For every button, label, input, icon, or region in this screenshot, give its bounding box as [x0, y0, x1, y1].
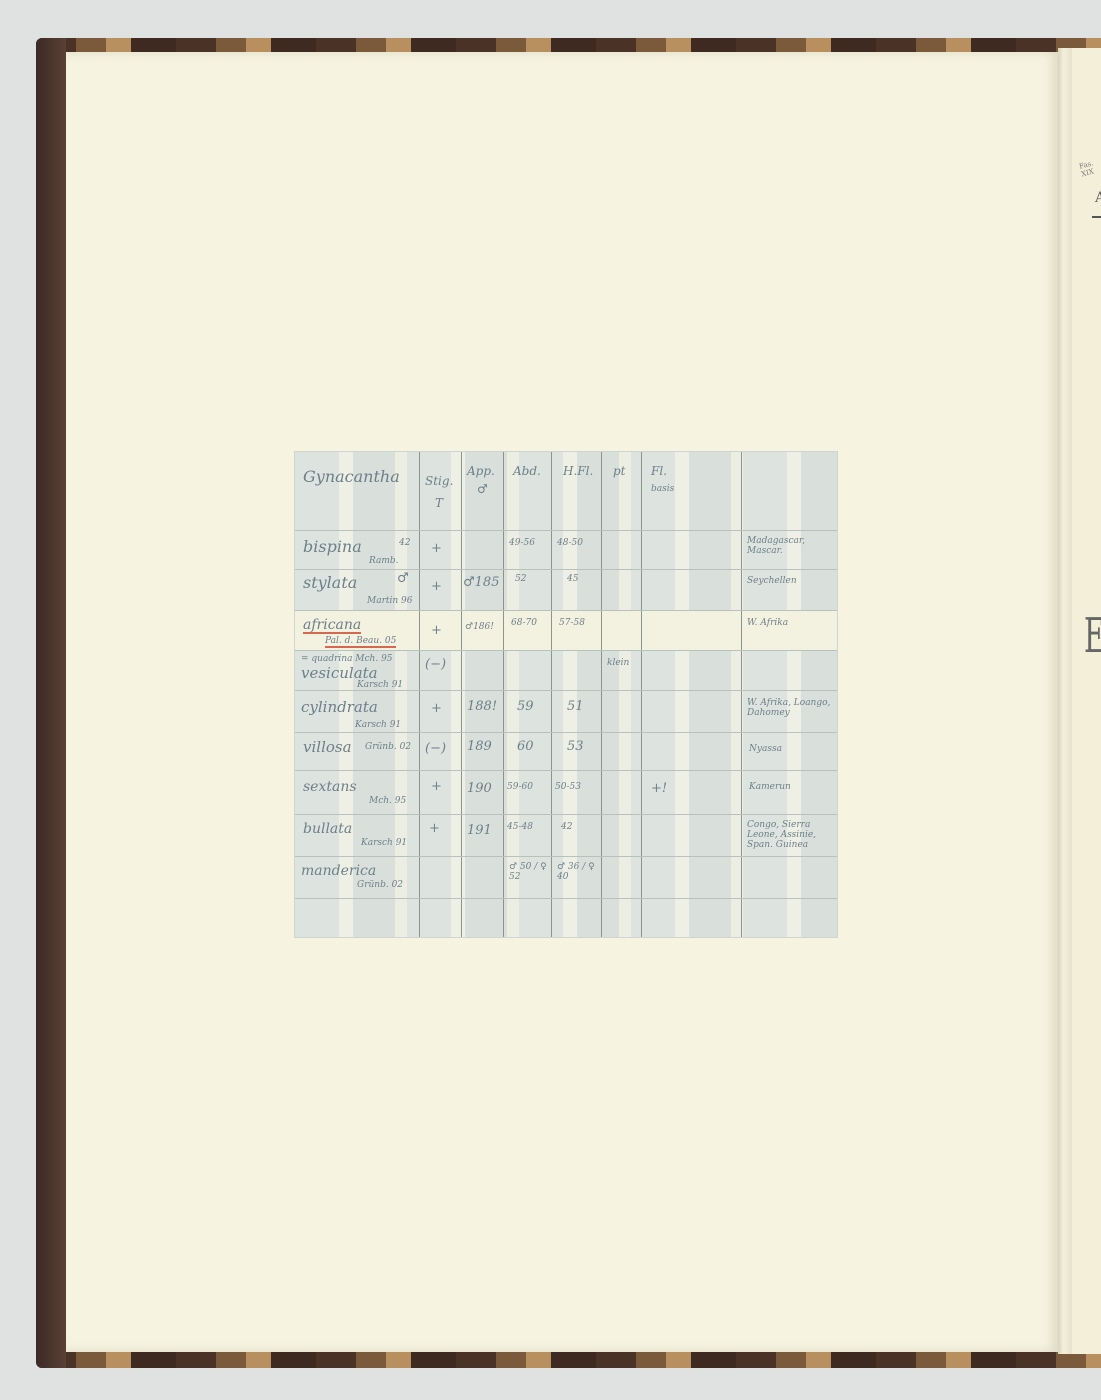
header-stigma-sub: T [435, 496, 443, 510]
locality-value: W. Afrika [747, 618, 788, 628]
species-name: villosa [303, 740, 352, 754]
header-abd: Abd. [513, 464, 541, 478]
column-divider [461, 452, 462, 937]
app-value: ♂186! [465, 622, 494, 632]
species-synonym: = quadrina Mch. 95 [301, 654, 393, 664]
hfl-value: 42 [561, 822, 572, 832]
header-app: App. [467, 464, 495, 478]
row-divider [295, 530, 837, 531]
app-value: 189 [467, 740, 492, 754]
species-name: sextans [303, 780, 357, 794]
species-name: vesiculata [301, 666, 378, 680]
species-author: Martin 96 [367, 596, 413, 606]
column-divider [551, 452, 552, 937]
species-author: Karsch 91 [361, 838, 407, 848]
species-author: Pal. d. Beau. 05 [325, 636, 396, 648]
row-divider [295, 856, 837, 857]
page-gutter [1058, 48, 1072, 1354]
abd-value: 52 [515, 574, 526, 584]
species-sex: ♂ [397, 572, 409, 586]
species-author: Karsch 91 [355, 720, 401, 730]
row-divider [295, 650, 837, 651]
stigma-value: (−) [425, 742, 446, 756]
species-name: cylindrata [301, 700, 378, 714]
heading-letter: A [1095, 190, 1101, 206]
index-card: Gynacantha Stig. T App. ♂ Abd. H.Fl. pt … [294, 451, 838, 938]
species-author: Grünb. 02 [365, 742, 411, 752]
abd-value: 59 [517, 700, 534, 714]
row-divider [295, 814, 837, 815]
locality-value: Congo, Sierra Leone, Assinie, Span. Guin… [747, 820, 833, 850]
app-value: 190 [467, 782, 492, 796]
row-divider [295, 898, 837, 899]
app-value: 188! [467, 700, 497, 714]
abd-value: ♂ 50 / ♀ 52 [509, 862, 549, 882]
pt-value: klein [607, 658, 629, 668]
hfl-value: 45 [567, 574, 578, 584]
abd-value: 60 [517, 740, 534, 754]
header-stigma: Stig. [425, 474, 453, 488]
species-name: manderica [301, 864, 376, 878]
app-value: ♂185 [463, 576, 499, 590]
stigma-value: + [431, 580, 442, 594]
large-initial: E [1084, 608, 1101, 664]
column-divider [641, 452, 642, 937]
locality-value: Nyassa [749, 744, 782, 754]
abd-value: 45-48 [507, 822, 533, 832]
facing-page-edge: Fas. XIX A E [1072, 48, 1101, 1354]
header-flbasis-sub: basis [651, 484, 674, 494]
column-divider [419, 452, 420, 937]
locality-value: Seychellen [747, 576, 797, 586]
stigma-value: + [431, 542, 442, 556]
hfl-value: 51 [567, 700, 584, 714]
running-header: Fas. XIX [1078, 158, 1101, 179]
species-author: Karsch 91 [357, 680, 403, 690]
stigma-value: (−) [425, 658, 446, 672]
heading-rule [1092, 216, 1101, 218]
column-divider [741, 452, 742, 937]
app-value: 191 [467, 824, 492, 838]
row-divider [295, 690, 837, 691]
stigma-value: + [431, 624, 442, 638]
header-app-sub: ♂ [477, 482, 488, 496]
header-pt: pt [613, 464, 626, 478]
abd-value: 59-60 [507, 782, 533, 792]
row-divider [295, 569, 837, 570]
header-genus: Gynacantha [303, 470, 400, 484]
stigma-value: + [431, 780, 442, 794]
hfl-value: 50-53 [555, 782, 581, 792]
stigma-value: + [431, 702, 442, 716]
flbasis-value: +! [651, 782, 667, 796]
locality-value: Kamerun [749, 782, 791, 792]
species-author: Mch. 95 [369, 796, 406, 806]
locality-value: Madagascar, Mascar. [747, 536, 833, 556]
header-hfl: H.Fl. [563, 464, 593, 478]
species-name: bullata [303, 822, 352, 836]
species-author: Ramb. [369, 556, 399, 566]
species-author: Grünb. 02 [357, 880, 403, 890]
hfl-value: 48-50 [557, 538, 583, 548]
hfl-value: 57-58 [559, 618, 585, 628]
hfl-value: ♂ 36 / ♀ 40 [557, 862, 599, 882]
hfl-value: 53 [567, 740, 584, 754]
abd-value: 49-56 [509, 538, 535, 548]
book-spine-edge [36, 38, 66, 1368]
column-divider [601, 452, 602, 937]
species-name: stylata [303, 576, 357, 590]
locality-value: W. Afrika, Loango, Dahomey [747, 698, 833, 718]
header-flbasis: Fl. [651, 464, 667, 478]
row-divider [295, 610, 837, 611]
column-divider [503, 452, 504, 937]
row-divider [295, 770, 837, 771]
stigma-value: + [429, 822, 440, 836]
species-name: africana [303, 618, 361, 634]
species-year: 42 [399, 538, 410, 548]
abd-value: 68-70 [511, 618, 537, 628]
row-divider [295, 732, 837, 733]
species-name: bispina [303, 540, 362, 554]
